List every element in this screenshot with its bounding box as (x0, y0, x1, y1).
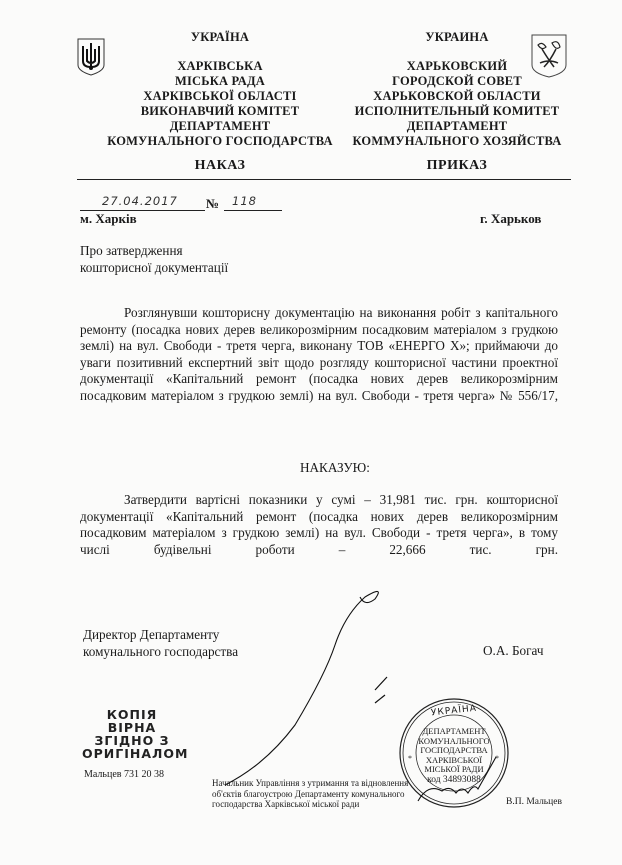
signatory-position: Директор Департаменту комунального госпо… (83, 627, 238, 660)
stamp-line: КОПІЯ ВІРНА (82, 708, 182, 734)
number-label: № (206, 196, 219, 212)
city-ua: м. Харків (80, 211, 137, 227)
subject-line: кошторисної документації (80, 260, 228, 277)
certifier-line: об'єктів благоустрою Департаменту комуна… (212, 789, 408, 800)
org-line: ИСПОЛНИТЕЛЬНЫЙ КОМИТЕТ (352, 104, 562, 119)
org-line: ХАРЬКОВСКОЙ ОБЛАСТИ (352, 89, 562, 104)
org-line: ВИКОНАВЧИЙ КОМІТЕТ (95, 104, 345, 119)
header-left: УКРАЇНА ХАРКІВСЬКА МІСЬКА РАДА ХАРКІВСЬК… (95, 30, 345, 149)
executor-contact: Мальцев 731 20 38 (84, 769, 164, 780)
org-line: ХАРКІВСЬКОЇ ОБЛАСТІ (95, 89, 345, 104)
org-line: ДЕПАРТАМЕНТ (352, 119, 562, 134)
city-ru: г. Харьков (480, 211, 541, 227)
signatory-name: О.А. Богач (483, 643, 543, 660)
certifier-name: В.П. Мальцев (506, 797, 562, 808)
org-line: КОММУНАЛЬНОГО ХОЗЯЙСТВА (352, 134, 562, 149)
certifier-signature (398, 697, 510, 809)
order-number: 118 (232, 194, 257, 208)
official-seal: * * УКРАЇНА ДЕПАРТАМЕНТ КОМУНАЛЬНОГО ГОС… (398, 697, 510, 809)
certifier-line: господарства Харківської міської ради (212, 799, 408, 810)
preamble-paragraph: Розглянувши кошторисну документацію на в… (80, 305, 558, 421)
org-line: КОМУНАЛЬНОГО ГОСПОДАРСТВА (95, 134, 345, 149)
doc-type-ru: ПРИКАЗ (352, 158, 562, 174)
kharkiv-coat-of-arms-icon (530, 33, 568, 79)
country-ua: УКРАЇНА (95, 30, 345, 45)
org-line: МІСЬКА РАДА (95, 74, 345, 89)
org-line: ДЕПАРТАМЕНТ (95, 119, 345, 134)
order-date: 27.04.2017 (102, 194, 178, 208)
number-underline (224, 210, 282, 211)
certifier-line: Начальник Управління з утримання та відн… (212, 778, 408, 789)
subject: Про затвердження кошторисної документаці… (80, 243, 228, 276)
position-line: Директор Департаменту (83, 627, 238, 644)
stamp-line: ОРИГІНАЛОМ (82, 747, 182, 760)
copy-certified-stamp: КОПІЯ ВІРНА ЗГІДНО З ОРИГІНАЛОМ (82, 708, 182, 760)
position-line: комунального господарства (83, 644, 238, 661)
certifier-position: Начальник Управління з утримання та відн… (212, 778, 408, 810)
order-paragraph: Затвердити вартісні показники у сумі – 3… (80, 492, 558, 575)
subject-line: Про затвердження (80, 243, 228, 260)
signature-scribble (225, 585, 415, 790)
header-divider (77, 179, 571, 180)
doc-type-ua: НАКАЗ (95, 158, 345, 174)
org-line: ХАРКІВСЬКА (95, 59, 345, 74)
order-heading: НАКАЗУЮ: (300, 460, 370, 477)
